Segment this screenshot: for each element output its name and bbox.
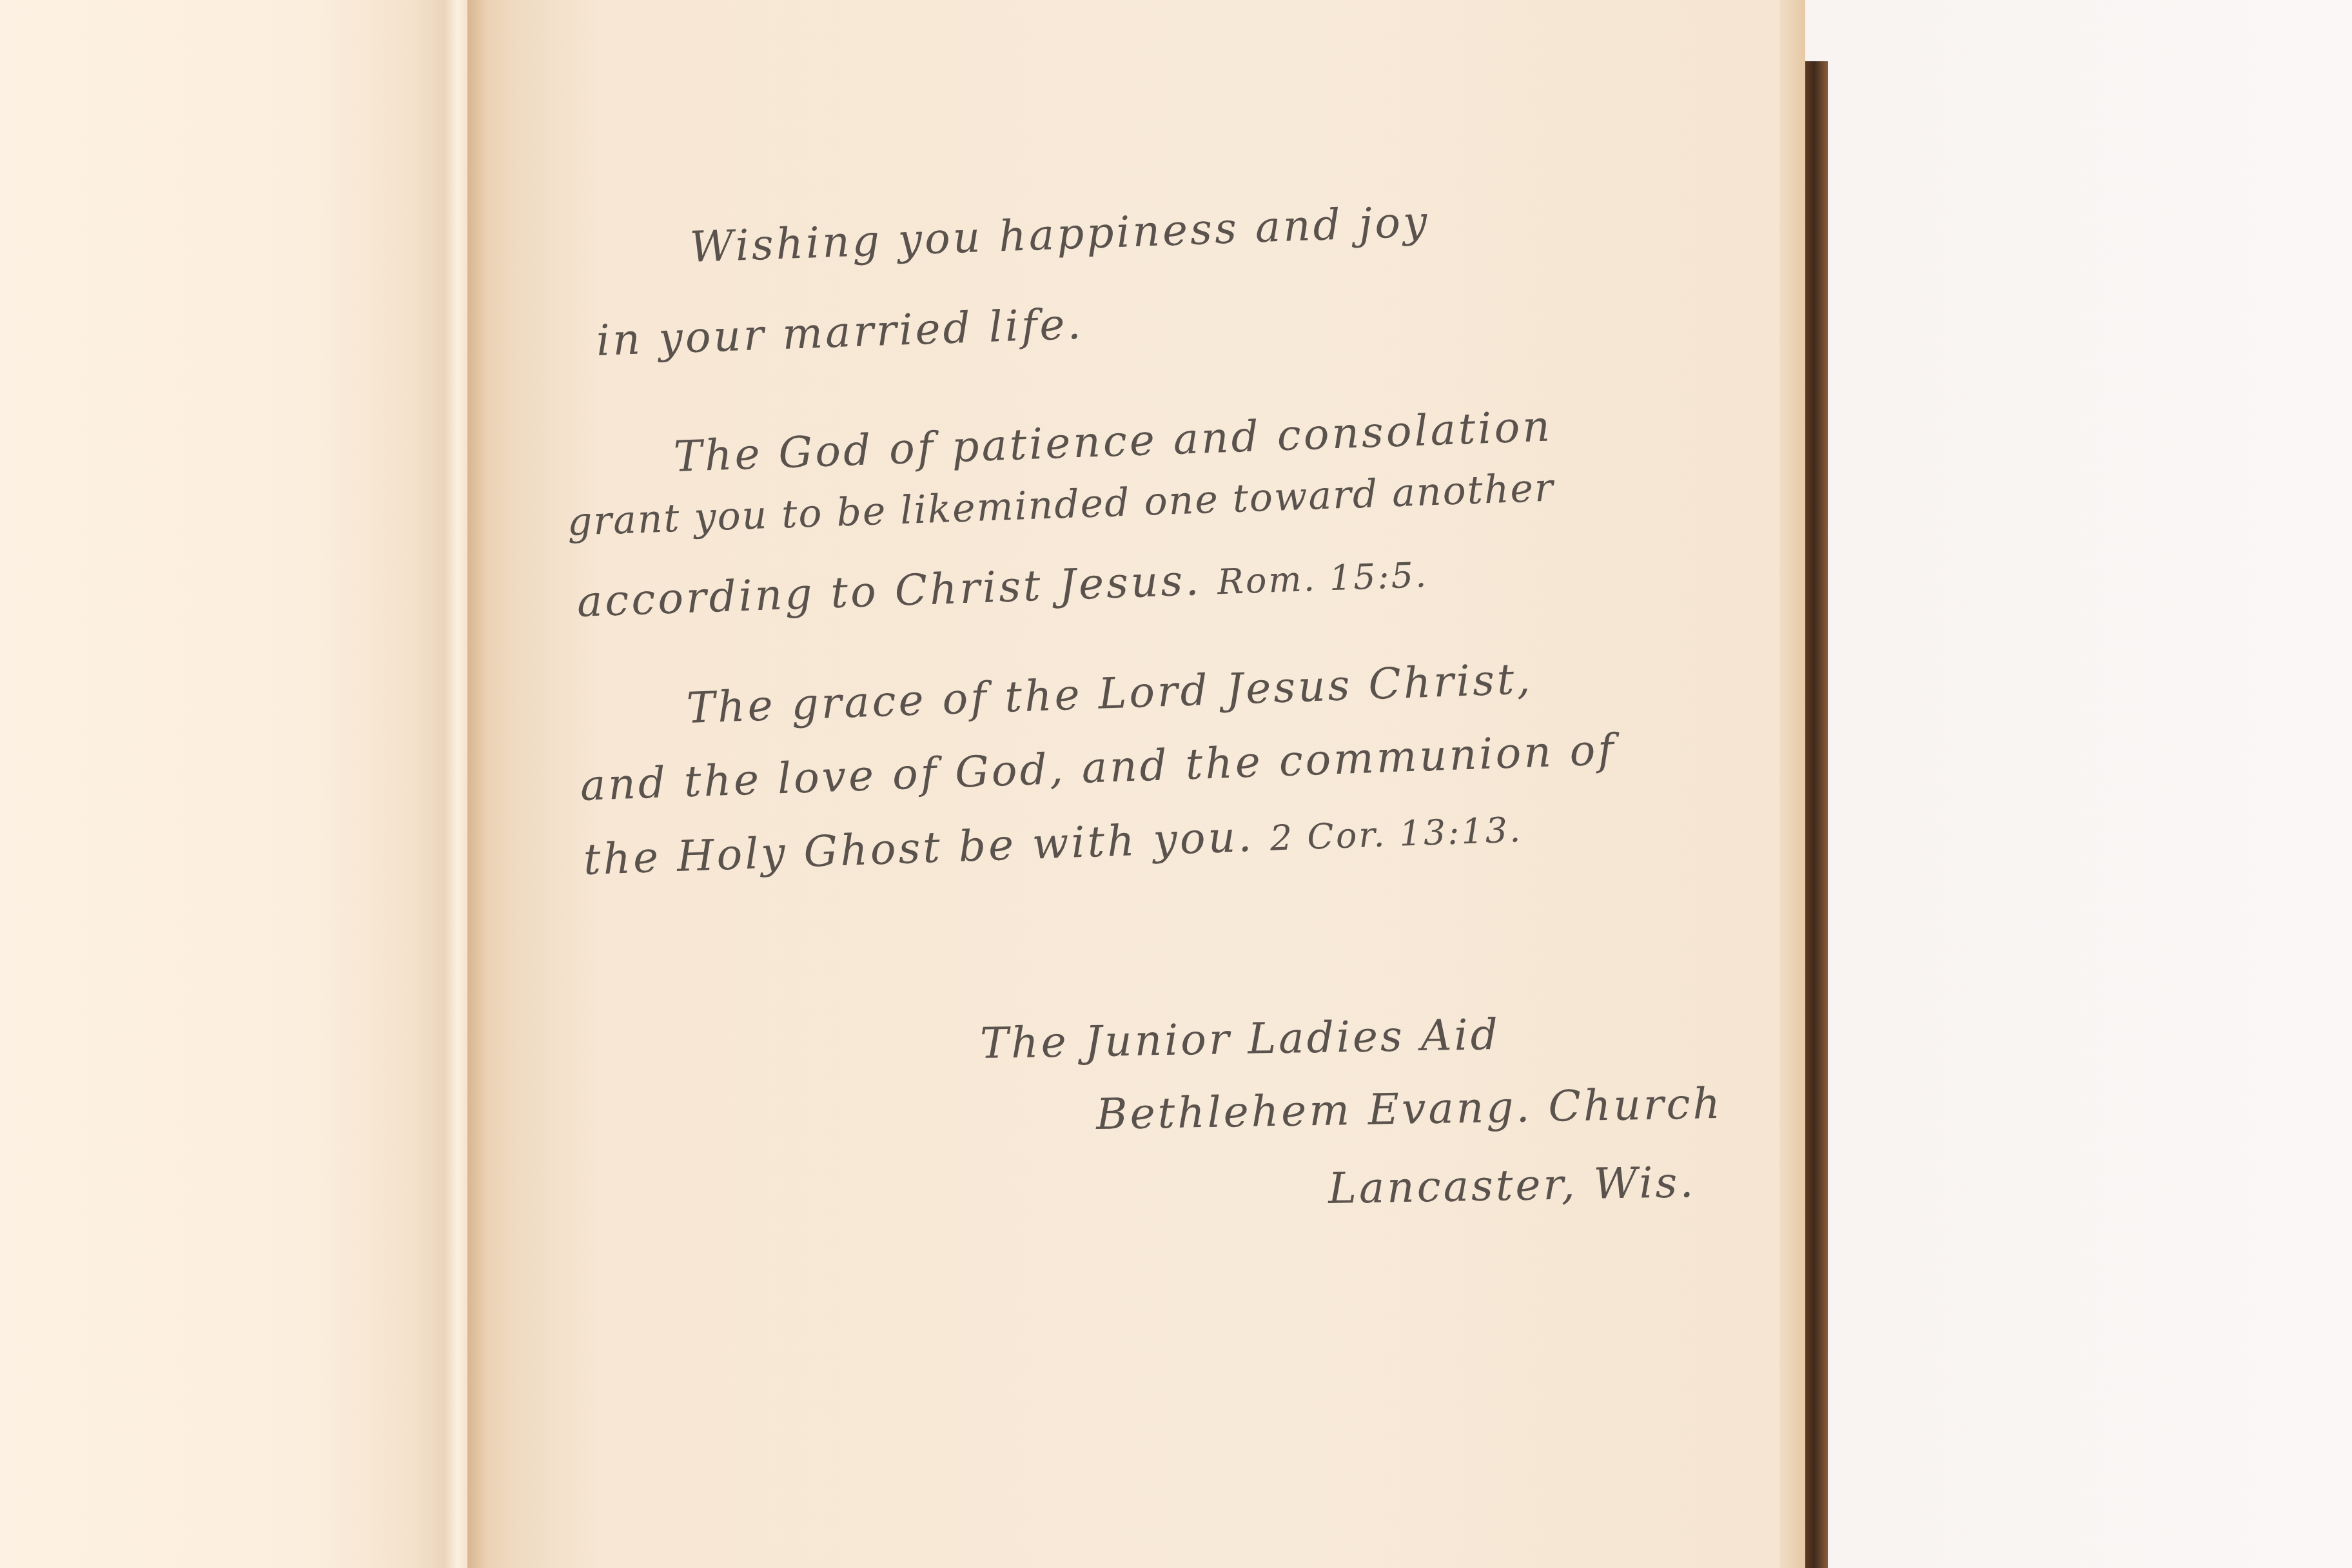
verse1-reference: Rom. 15:5. — [1217, 554, 1429, 602]
left-page — [0, 0, 451, 1568]
signature-line-3: Lancaster, Wis. — [1328, 1157, 1696, 1213]
right-page-edge — [1779, 0, 1805, 1568]
left-page-edge — [445, 0, 471, 1568]
signature-line-1: The Junior Ladies Aid — [979, 1010, 1500, 1068]
verse2-reference: 2 Cor. 13:13. — [1269, 809, 1523, 859]
gutter-shadow — [467, 0, 519, 1568]
